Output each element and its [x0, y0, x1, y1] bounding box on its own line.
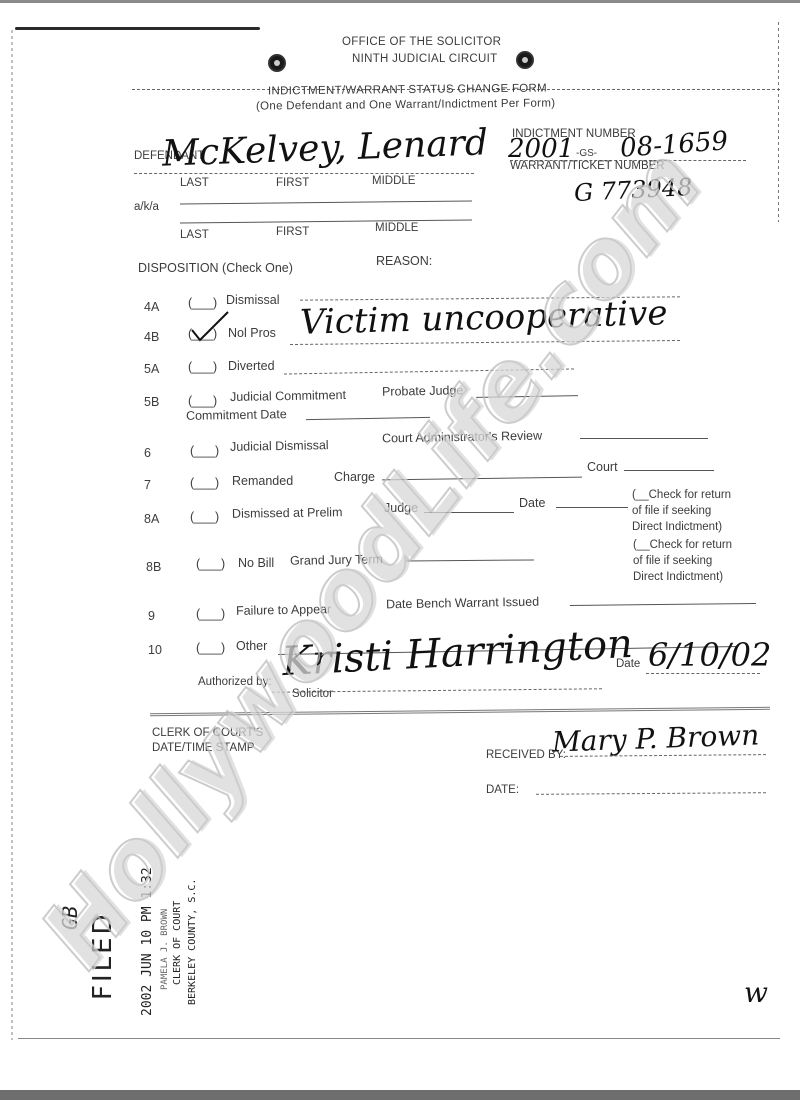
code-5b: 5B — [144, 395, 159, 409]
bench-warrant-date-field[interactable] — [570, 603, 756, 606]
page-edge-left — [11, 30, 13, 1040]
checkbox-8b[interactable]: (___) — [196, 557, 225, 571]
corner-initials: w — [744, 976, 768, 1009]
aka-col-first: FIRST — [276, 226, 309, 238]
clerk-title: CLERK OF COURT — [172, 901, 183, 985]
reason-label: REASON: — [376, 254, 432, 268]
checkbox-8a[interactable]: (___) — [190, 510, 219, 524]
received-date-label: DATE: — [486, 784, 519, 796]
checkbox-6[interactable]: (___) — [190, 444, 219, 458]
watermark: HollywoodLife.com — [20, 130, 723, 987]
prelim-date-field[interactable] — [556, 507, 628, 508]
indictment-gs: -GS- — [576, 148, 597, 159]
aka-col-last: LAST — [180, 229, 209, 241]
auth-date-line — [646, 673, 760, 674]
defendant-col-last: LAST — [180, 177, 209, 189]
disposition-label: DISPOSITION (Check One) — [138, 261, 293, 275]
option-judicial-commitment: Judicial Commitment — [230, 388, 346, 404]
return-note-2c: Direct Indictment) — [633, 571, 723, 583]
code-10: 10 — [148, 643, 162, 657]
option-dismissed-at-prelim: Dismissed at Prelim — [232, 505, 343, 521]
code-4a: 4A — [144, 300, 159, 314]
page-edge-shadow — [15, 27, 260, 30]
court-admin-review-field[interactable] — [580, 438, 708, 439]
code-8a: 8A — [144, 512, 159, 526]
code-8b: 8B — [146, 560, 161, 574]
defendant-col-first: FIRST — [276, 177, 309, 189]
aka-label: a/k/a — [134, 201, 159, 213]
option-diverted: Diverted — [228, 359, 275, 373]
option-remanded: Remanded — [232, 474, 293, 488]
aka-field[interactable] — [180, 200, 472, 204]
checkbox-5b[interactable]: (___) — [188, 394, 217, 408]
form-title: INDICTMENT/WARRANT STATUS CHANGE FORM — [268, 83, 547, 98]
office-title: OFFICE OF THE SOLICITOR — [342, 36, 501, 48]
clerk-name: PAMELA J. BROWN — [160, 909, 170, 990]
county: BERKELEY COUNTY, S.C. — [187, 879, 198, 1005]
return-note-1a: (__Check for return — [632, 489, 731, 501]
option-nol-pros: Nol Pros — [228, 326, 276, 340]
punch-hole-left — [268, 54, 286, 72]
defendant-name-field[interactable]: McKelvey, Lenard — [161, 122, 488, 174]
punch-hole-right — [516, 51, 534, 69]
return-note-1c: Direct Indictment) — [632, 521, 722, 533]
return-note-2b: of file if seeking — [633, 555, 712, 567]
checkbox-7[interactable]: (___) — [190, 476, 219, 490]
received-date-field[interactable] — [536, 792, 766, 795]
received-by-field[interactable]: Mary P. Brown — [551, 718, 759, 758]
scan-edge-bottom — [0, 1090, 800, 1100]
checkbox-9[interactable]: (___) — [196, 607, 225, 621]
form-subtitle: (One Defendant and One Warrant/Indictmen… — [256, 97, 555, 112]
defendant-col-middle: MIDDLE — [372, 175, 415, 187]
prelim-date-label: Date — [519, 496, 545, 510]
auth-date-label: Date — [616, 658, 640, 670]
code-5a: 5A — [144, 362, 159, 376]
aka-underline — [180, 219, 472, 223]
scan-edge-top — [0, 0, 800, 3]
circuit-title: NINTH JUDICIAL CIRCUIT — [352, 53, 497, 65]
code-7: 7 — [144, 478, 151, 492]
code-9: 9 — [148, 609, 155, 623]
checkbox-10[interactable]: (___) — [196, 641, 225, 655]
code-6: 6 — [144, 446, 151, 460]
aka-col-middle: MIDDLE — [375, 222, 418, 234]
court-field[interactable] — [624, 470, 714, 471]
checkbox-5a[interactable]: (___) — [188, 360, 217, 374]
option-dismissal: Dismissal — [226, 293, 279, 307]
option-no-bill: No Bill — [238, 556, 274, 570]
page-edge-bottom — [18, 1038, 780, 1039]
page-edge-right — [778, 22, 779, 222]
code-4b: 4B — [144, 330, 159, 344]
defendant-line — [134, 173, 474, 174]
return-note-2a: (__Check for return — [633, 539, 732, 551]
commitment-date-label: Commitment Date — [186, 407, 287, 423]
auth-date-field[interactable]: 6/10/02 — [648, 636, 771, 674]
option-judicial-dismissal: Judicial Dismissal — [230, 438, 329, 454]
court-label: Court — [587, 460, 618, 474]
return-note-1b: of file if seeking — [632, 505, 711, 517]
